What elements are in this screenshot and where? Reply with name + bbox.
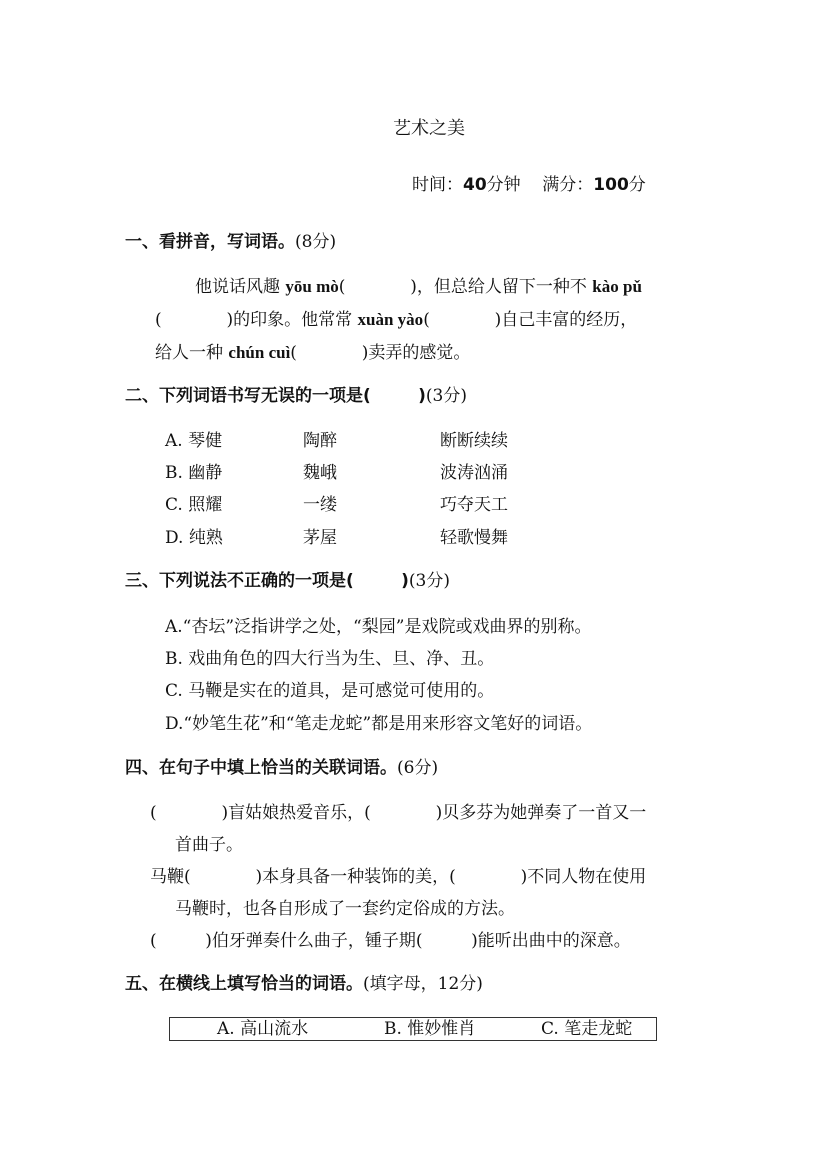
pinyin-youmo: yōu mò — [285, 277, 338, 296]
answer-blank[interactable]: ( )的印象。他常常 — [155, 310, 358, 330]
sentence-3[interactable]: ( )伯牙弹奏什么曲子，锺子期( )能听出曲中的深意。 — [150, 930, 631, 952]
word-bank-item-a: A. 高山流水 — [217, 1018, 308, 1040]
score-unit: 分 — [629, 175, 646, 195]
pinyin-kaopu: kào pǔ — [592, 277, 642, 296]
time-unit: 分钟 — [487, 175, 521, 195]
sentence-1-line-1[interactable]: ( )盲姑娘热爱音乐，( )贝多芬为她弹奏了一首又一 — [150, 802, 646, 824]
section-5-heading: 五、在横线上填写恰当的词语。(填字母，12分) — [125, 973, 483, 995]
section-2-points: (3分) — [426, 386, 467, 406]
page-title: 艺术之美 — [393, 118, 465, 140]
answer-blank[interactable]: ( )，但总给人留下一种不 — [339, 277, 593, 297]
time-label: 时间： — [412, 175, 463, 195]
section-4-points: (6分) — [397, 758, 438, 778]
exam-page: 艺术之美 时间：40分钟 满分：100分 一、看拼音，写词语。(8分) 他说话风… — [0, 0, 826, 1169]
section-1-line-3: 给人一种 chún cuì( )卖弄的感觉。 — [155, 342, 470, 364]
section-1-line-1: 他说话风趣 yōu mò( )，但总给人留下一种不 kào pǔ — [195, 276, 642, 298]
exam-meta: 时间：40分钟 满分：100分 — [412, 174, 646, 196]
section-1-line-2: ( )的印象。他常常 xuàn yào( )自己丰富的经历， — [155, 309, 637, 331]
section-3-heading: 三、下列说法不正确的一项是( )(3分) — [125, 570, 450, 592]
word-bank-box: A. 高山流水 B. 惟妙惟肖 C. 笔走龙蛇 — [169, 1017, 657, 1041]
word-bank-item-c: C. 笔走龙蛇 — [541, 1018, 632, 1040]
pinyin-chuncui: chún cuì — [228, 343, 290, 362]
sentence-2-line-1[interactable]: 马鞭( )本身具备一种装饰的美，( )不同人物在使用 — [150, 866, 646, 888]
word-bank-item-b: B. 惟妙惟肖 — [384, 1018, 475, 1040]
section-3-points: (3分) — [409, 571, 450, 591]
answer-blank[interactable]: ( )自己丰富的经历， — [423, 310, 637, 330]
statement-d[interactable]: D.“妙笔生花”和“笔走龙蛇”都是用来形容文笔好的词语。 — [165, 713, 592, 735]
section-4-heading: 四、在句子中填上恰当的关联词语。(6分) — [125, 757, 438, 779]
score-label: 满分： — [542, 175, 593, 195]
statement-a[interactable]: A.“杏坛”泛指讲学之处，“梨园”是戏院或戏曲界的别称。 — [165, 616, 591, 638]
pinyin-xuanyao: xuàn yào — [358, 310, 424, 329]
section-1-heading: 一、看拼音，写词语。(8分) — [125, 231, 336, 253]
time-value: 40 — [463, 175, 487, 195]
section-5-points: (填字母，12分) — [363, 974, 483, 994]
section-2-heading: 二、下列词语书写无误的一项是( )(3分) — [125, 385, 467, 407]
sentence-2-line-2: 马鞭时，也各自形成了一套约定俗成的方法。 — [175, 898, 515, 920]
statement-c[interactable]: C. 马鞭是实在的道具，是可感觉可使用的。 — [165, 680, 494, 702]
statement-b[interactable]: B. 戏曲角色的四大行当为生、旦、净、丑。 — [165, 648, 494, 670]
section-1-points: (8分) — [295, 232, 336, 252]
score-value: 100 — [593, 175, 629, 195]
answer-blank[interactable]: ( )卖弄的感觉。 — [290, 343, 470, 363]
sentence-1-line-2: 首曲子。 — [175, 834, 243, 856]
